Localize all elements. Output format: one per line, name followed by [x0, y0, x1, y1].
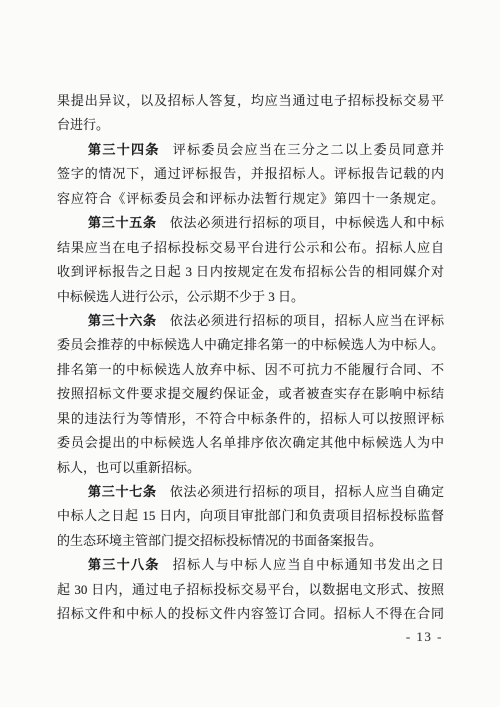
text-line: 台进行。 — [57, 113, 444, 137]
line-text: 排名第一的中标候选人放弃中标、因不可抗力不能履行合同、不 — [57, 362, 444, 377]
line-text: 标人，也可以重新招标。 — [57, 460, 200, 475]
article-number: 第三十四条 — [88, 142, 160, 157]
line-text: 依法必须进行招标的项目，招标人应当在评标 — [170, 313, 444, 328]
document-lines: 果提出异议，以及招标人答复，均应当通过电子招标投标交易平台进行。第三十四条评标委… — [57, 89, 444, 627]
line-text: 的生态环境主管部门提交招标投标情况的书面备案报告。 — [57, 533, 382, 548]
line-text: 招标人与中标人应当自中标通知书发出之日 — [173, 557, 444, 572]
line-text: 果的违法行为等情形，不符合中标条件的，招标人可以按照评标 — [57, 411, 444, 426]
document-page: 果提出异议，以及招标人答复，均应当通过电子招标投标交易平台进行。第三十四条评标委… — [0, 0, 500, 707]
line-text: 签字的情况下，通过评标报告，并报招标人。评标报告记载的内 — [57, 166, 444, 181]
text-line: 结果应当在电子招标投标交易平台进行公示和公布。招标人应自 — [57, 236, 444, 260]
line-text: 中标人之日起 15 日内，向项目审批部门和负责项目招标投标监督 — [57, 508, 444, 523]
line-text: 中标候选人进行公示，公示期不少于 3 日。 — [57, 289, 304, 304]
line-text: 台进行。 — [57, 117, 109, 132]
text-line: 起 30 日内，通过电子招标投标交易平台，以数据电文形式、按照 — [57, 578, 444, 602]
text-line: 果的违法行为等情形，不符合中标条件的，招标人可以按照评标 — [57, 407, 444, 431]
line-text: 委员会推荐的中标候选人中确定排名第一的中标候选人为中标人。 — [57, 337, 444, 352]
text-line: 第三十四条评标委员会应当在三分之二以上委员同意并 — [57, 138, 444, 162]
line-text: 结果应当在电子招标投标交易平台进行公示和公布。招标人应自 — [57, 240, 444, 255]
text-line: 委员会推荐的中标候选人中确定排名第一的中标候选人为中标人。 — [57, 333, 444, 357]
article-number: 第三十七条 — [88, 484, 157, 499]
text-line: 中标候选人进行公示，公示期不少于 3 日。 — [57, 285, 444, 309]
line-text: 容应符合《评标委员会和评标办法暂行规定》第四十一条规定。 — [57, 191, 444, 206]
article-number: 第三十八条 — [88, 557, 160, 572]
article-number: 第三十五条 — [88, 215, 157, 230]
line-text: 招标文件和中标人的投标文件内容签订合同。招标人不得在合同 — [57, 606, 444, 621]
text-line: 按照招标文件要求提交履约保证金，或者被查实存在影响中标结 — [57, 382, 444, 406]
line-text: 按照招标文件要求提交履约保证金，或者被查实存在影响中标结 — [57, 386, 444, 401]
text-line: 签字的情况下，通过评标报告，并报招标人。评标报告记载的内 — [57, 162, 444, 186]
line-text: 依法必须进行招标的项目，招标人应当自确定 — [170, 484, 444, 499]
text-line: 第三十七条依法必须进行招标的项目，招标人应当自确定 — [57, 480, 444, 504]
article-number: 第三十六条 — [88, 313, 157, 328]
text-line: 果提出异议，以及招标人答复，均应当通过电子招标投标交易平 — [57, 89, 444, 113]
text-line: 的生态环境主管部门提交招标投标情况的书面备案报告。 — [57, 529, 444, 553]
line-text: 委员会提出的中标候选人名单排序依次确定其他中标候选人为中 — [57, 435, 444, 450]
text-line: 第三十八条招标人与中标人应当自中标通知书发出之日 — [57, 553, 444, 577]
text-line: 第三十五条依法必须进行招标的项目，中标候选人和中标 — [57, 211, 444, 235]
line-text: 依法必须进行招标的项目，中标候选人和中标 — [170, 215, 444, 230]
text-line: 收到评标报告之日起 3 日内按规定在发布招标公告的相同媒介对 — [57, 260, 444, 284]
line-text: 起 30 日内，通过电子招标投标交易平台，以数据电文形式、按照 — [57, 582, 444, 597]
text-line: 中标人之日起 15 日内，向项目审批部门和负责项目招标投标监督 — [57, 504, 444, 528]
text-line: 排名第一的中标候选人放弃中标、因不可抗力不能履行合同、不 — [57, 358, 444, 382]
text-line: 委员会提出的中标候选人名单排序依次确定其他中标候选人为中 — [57, 431, 444, 455]
text-line: 第三十六条依法必须进行招标的项目，招标人应当在评标 — [57, 309, 444, 333]
page-number: - 13 - — [406, 629, 443, 645]
text-line: 容应符合《评标委员会和评标办法暂行规定》第四十一条规定。 — [57, 187, 444, 211]
text-line: 标人，也可以重新招标。 — [57, 456, 444, 480]
line-text: 收到评标报告之日起 3 日内按规定在发布招标公告的相同媒介对 — [57, 264, 444, 279]
line-text: 评标委员会应当在三分之二以上委员同意并 — [173, 142, 444, 157]
text-line: 招标文件和中标人的投标文件内容签订合同。招标人不得在合同 — [57, 602, 444, 626]
line-text: 果提出异议，以及招标人答复，均应当通过电子招标投标交易平 — [57, 93, 444, 108]
